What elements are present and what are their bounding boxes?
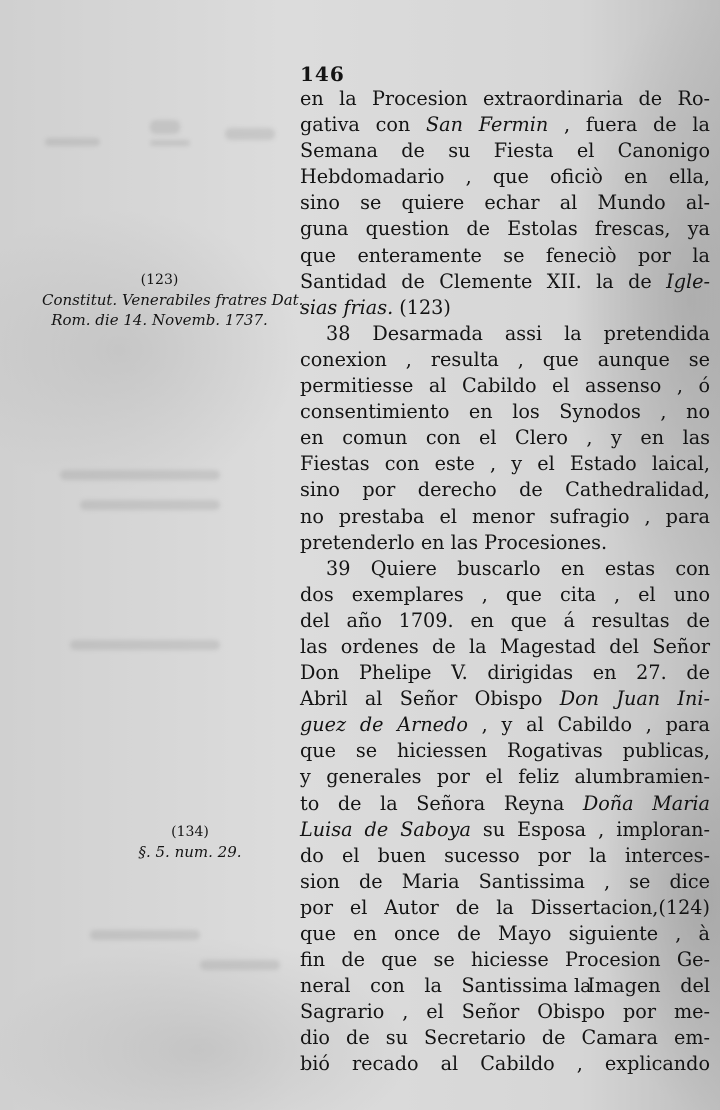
bleed-through-mark	[60, 470, 220, 480]
text-line: Santidad de Clemente XII. la de Igle-	[300, 269, 710, 295]
text-line: Sagrario , el Señor Obispo por me-	[300, 999, 710, 1025]
text-line: guez de Arnedo , y al Cabildo , para	[300, 712, 710, 738]
text-line: dos exemplares , que cita , el uno	[300, 582, 710, 608]
text-line: en comun con el Clero , y en las	[300, 425, 710, 451]
text-line: fin de que se hiciesse Procesion Ge-	[300, 947, 710, 973]
text-line: neral con la Santissima Imagen del	[300, 973, 710, 999]
text-line: por el Autor de la Dissertacion,(124)	[300, 895, 710, 921]
text-line: sias frias. (123)	[300, 295, 710, 321]
bleed-through-mark	[150, 120, 180, 134]
catchword: la	[574, 975, 591, 997]
text-line: gativa con San Fermin , fuera de la	[300, 112, 710, 138]
text-line: pretenderlo en las Procesiones.	[300, 530, 710, 556]
main-text-column: en la Procesion extraordinaria de Ro- ga…	[300, 86, 710, 1078]
text-line: guna question de Estolas frescas, ya	[300, 216, 710, 242]
text-line: Fiestas con este , y el Estado laical,	[300, 451, 710, 477]
text-line: dio de su Secretario de Camara em-	[300, 1025, 710, 1051]
margin-note-134: (134) §. 5. num. 29.	[110, 822, 270, 862]
text-line: Luisa de Saboya su Esposa , imploran-	[300, 817, 710, 843]
text-line: que en once de Mayo siguiente , à	[300, 921, 710, 947]
margin-note-line: Constitut. Venerabiles fratres Dat.	[42, 290, 277, 310]
text-line: consentimiento en los Synodos , no	[300, 399, 710, 425]
text-line: do el buen sucesso por la interces-	[300, 843, 710, 869]
text-line: no prestaba el menor sufragio , para	[300, 504, 710, 530]
bleed-through-mark	[90, 930, 200, 940]
book-page: 146 en la Procesion extraordinaria de Ro…	[0, 0, 720, 1110]
bleed-through-mark	[80, 500, 220, 510]
margin-note-ref: (134)	[110, 822, 270, 842]
text-line: sino se quiere echar al Mundo al-	[300, 190, 710, 216]
bleed-through-mark	[150, 140, 190, 146]
paragraph-39-start: 39 Quiere buscarlo en estas con	[300, 556, 710, 582]
text-line: Hebdomadario , que oficiò en ella,	[300, 164, 710, 190]
text-line: que enteramente se feneciò por la	[300, 243, 710, 269]
text-line: permitiesse al Cabildo el assenso , ó	[300, 373, 710, 399]
bleed-through-mark	[70, 640, 220, 650]
paragraph-38-start: 38 Desarmada assi la pretendida	[300, 321, 710, 347]
text-line: que se hiciessen Rogativas publicas,	[300, 738, 710, 764]
text-line: del año 1709. en que á resultas de	[300, 608, 710, 634]
text-line: en la Procesion extraordinaria de Ro-	[300, 86, 710, 112]
italic-name: San Fermin	[426, 113, 548, 136]
text-line: conexion , resulta , que aunque se	[300, 347, 710, 373]
margin-note-ref: (123)	[42, 270, 277, 290]
margin-note-line: §. 5. num. 29.	[110, 842, 270, 862]
text-line: sion de Maria Santissima , se dice	[300, 869, 710, 895]
bleed-through-mark	[200, 960, 280, 970]
text-line: sino por derecho de Cathedralidad,	[300, 477, 710, 503]
text-line: bió recado al Cabildo , explicando	[300, 1051, 710, 1077]
text-line: Abril al Señor Obispo Don Juan Ini-	[300, 686, 710, 712]
text-line: las ordenes de la Magestad del Señor	[300, 634, 710, 660]
margin-note-123: (123) Constitut. Venerabiles fratres Dat…	[42, 270, 277, 330]
page-number: 146	[300, 62, 345, 86]
footnote-ref-123: (123)	[393, 296, 451, 319]
text-line: to de la Señora Reyna Doña Maria	[300, 791, 710, 817]
bleed-through-mark	[225, 128, 275, 140]
text-line: Semana de su Fiesta el Canonigo	[300, 138, 710, 164]
bleed-through-mark	[45, 138, 100, 146]
margin-note-line: Rom. die 14. Novemb. 1737.	[42, 310, 277, 330]
text-line: y generales por el feliz alumbramien-	[300, 764, 710, 790]
text-line: Don Phelipe V. dirigidas en 27. de	[300, 660, 710, 686]
